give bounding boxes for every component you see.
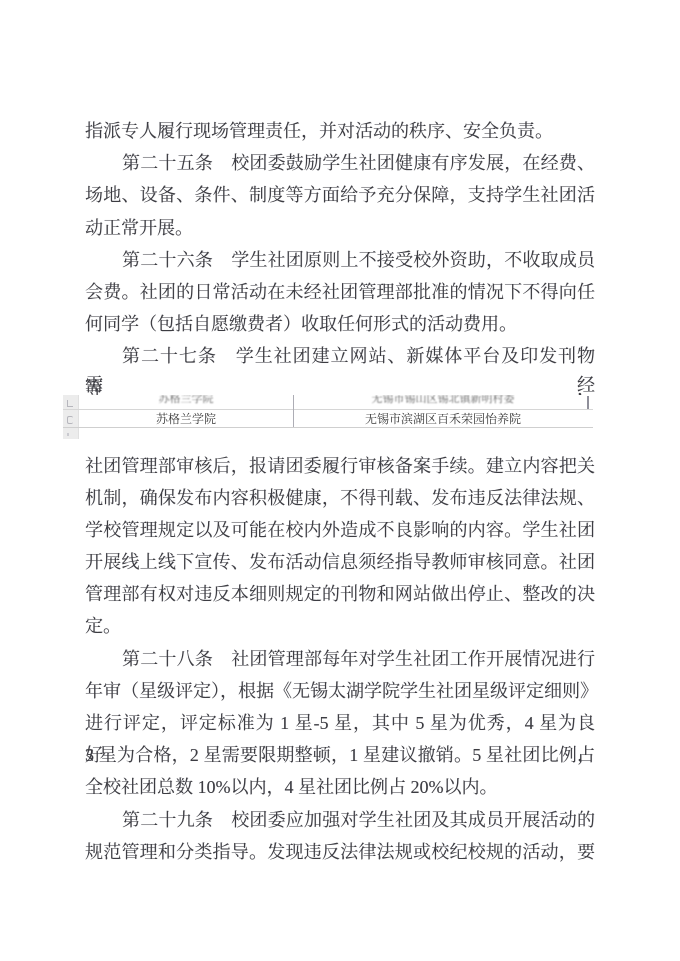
text-line: 指派专人履行现场管理责任，并对活动的秩序、安全负责。 bbox=[85, 115, 595, 147]
document-body-text: 指派专人履行现场管理责任，并对活动的秩序、安全负责。 第二十五条 校团委鼓励学生… bbox=[85, 115, 595, 868]
text-line: 学校管理规定以及可能在校内外造成不良影响的内容。学生社团 bbox=[85, 514, 595, 546]
table-cell-college: 苏格兰学院 bbox=[79, 410, 293, 427]
embedded-table-fragment: 苏格兰学院 无锡市锡山区锡北镇新明村委 苏格兰学院 无锡市滨湖区百禾荣园怡养院 bbox=[63, 395, 593, 441]
cutoff-row-number-mark bbox=[67, 416, 73, 424]
text-line: 场地、设备、条件、制度等方面给予充分保障，支持学生社团活 bbox=[85, 179, 595, 211]
text-line: 3 星为合格，2 星需要限期整顿，1 星建议撤销。5 星社团比例占 bbox=[85, 739, 595, 771]
cutoff-row-number-mark bbox=[67, 400, 73, 407]
text-line: 机制，确保发布内容积极健康，不得刊载、发布违反法律法规、 bbox=[85, 482, 595, 514]
table-column-divider bbox=[293, 395, 294, 427]
text-line-article-25: 第二十五条 校团委鼓励学生社团健康有序发展，在经费、 bbox=[85, 147, 595, 179]
text-line-article-29: 第二十九条 校团委应加强对学生社团及其成员开展活动的 bbox=[85, 804, 595, 836]
table-row: 苏格兰学院 无锡市滨湖区百禾荣园怡养院 bbox=[79, 410, 593, 427]
text-line-article-26: 第二十六条 学生社团原则上不接受校外资助，不收取成员 bbox=[85, 244, 595, 276]
text-line: 定。 bbox=[85, 610, 595, 642]
text-line: 全校社团总数 10%以内，4 星社团比例占 20%以内。 bbox=[85, 771, 595, 803]
text-line: 年审（星级评定），根据《无锡太湖学院学生社团星级评定细则》 bbox=[85, 675, 595, 707]
text-line: 社团管理部审核后，报请团委履行审核备案手续。建立内容把关 bbox=[85, 450, 595, 482]
text-line: 何同学（包括自愿缴费者）收取任何形式的活动费用。 bbox=[85, 308, 595, 340]
text-line: 开展线上线下宣传、发布活动信息须经指导教师审核同意。社团 bbox=[85, 546, 595, 578]
table-gridline bbox=[63, 427, 593, 428]
text-line-article-28: 第二十八条 社团管理部每年对学生社团工作开展情况进行 bbox=[85, 643, 595, 675]
text-line: 规范管理和分类指导。发现违反法律法规或校纪校规的活动，要 bbox=[85, 836, 595, 868]
text-line: 动正常开展。 bbox=[85, 212, 595, 244]
table-cell-base-blurred: 无锡市锡山区锡北镇新明村委 bbox=[293, 395, 593, 408]
text-line: 进行评定，评定标准为 1 星-5 星，其中 5 星为优秀，4 星为良好， bbox=[85, 707, 595, 739]
document-page: 指派专人履行现场管理责任，并对活动的秩序、安全负责。 第二十五条 校团委鼓励学生… bbox=[0, 0, 680, 961]
split-line-left-char: 需 bbox=[85, 373, 103, 397]
spreadsheet-row-number-strip bbox=[63, 395, 79, 439]
table-cell-base: 无锡市滨湖区百禾荣园怡养院 bbox=[293, 410, 593, 427]
cutoff-row-number-mark bbox=[67, 433, 74, 436]
table-row-partial: 苏格兰学院 无锡市锡山区锡北镇新明村委 bbox=[79, 395, 593, 408]
split-line-right-char: 经 bbox=[577, 373, 595, 397]
text-line: 管理部有权对违反本细则规定的刊物和网站做出停止、整改的决 bbox=[85, 578, 595, 610]
table-cell-college-blurred: 苏格兰学院 bbox=[79, 395, 293, 408]
text-line: 会费。社团的日常活动在未经社团管理部批准的情况下不得向任 bbox=[85, 276, 595, 308]
text-line-article-27: 第二十七条 学生社团建立网站、新媒体平台及印发刊物等， bbox=[85, 340, 595, 372]
table-right-border bbox=[587, 396, 589, 409]
